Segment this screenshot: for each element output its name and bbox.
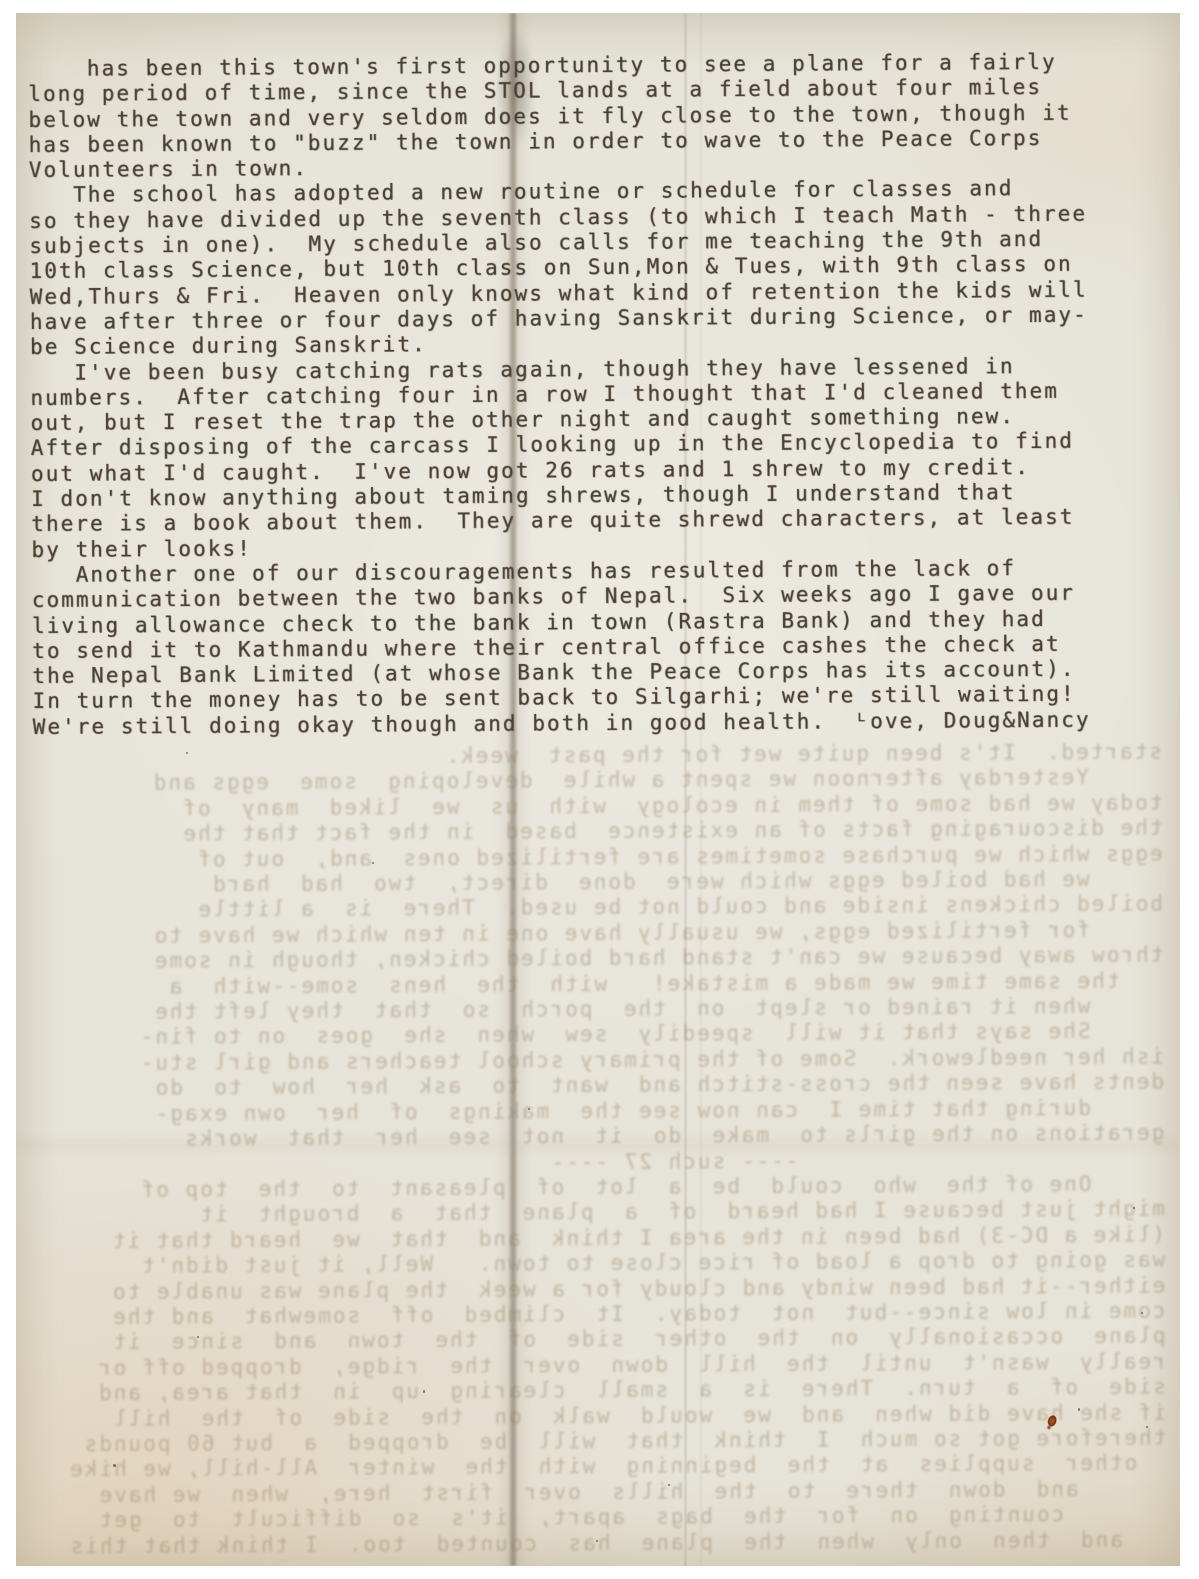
letter-page: started. It's been quite wet for the pas… — [16, 13, 1180, 1566]
paper-speck — [423, 1390, 425, 1393]
paper-speck — [528, 1108, 530, 1110]
paper-speck — [1133, 1207, 1135, 1209]
paper-speck — [1141, 1312, 1143, 1314]
paper-speck — [1146, 1426, 1148, 1428]
paper-speck — [113, 1464, 116, 1467]
paper-speck — [186, 752, 188, 754]
letter-text: has been this town's first opportunity t… — [28, 50, 1091, 740]
paper-speck — [1078, 1408, 1080, 1411]
scan-background: started. It's been quite wet for the pas… — [0, 0, 1199, 1579]
paper-speck — [668, 1484, 670, 1486]
paper-speck — [596, 1540, 598, 1542]
paper-speck — [372, 862, 374, 864]
bleedthrough-text: started. It's been quite wet for the pas… — [34, 740, 1167, 1560]
paper-speck — [197, 1336, 199, 1338]
